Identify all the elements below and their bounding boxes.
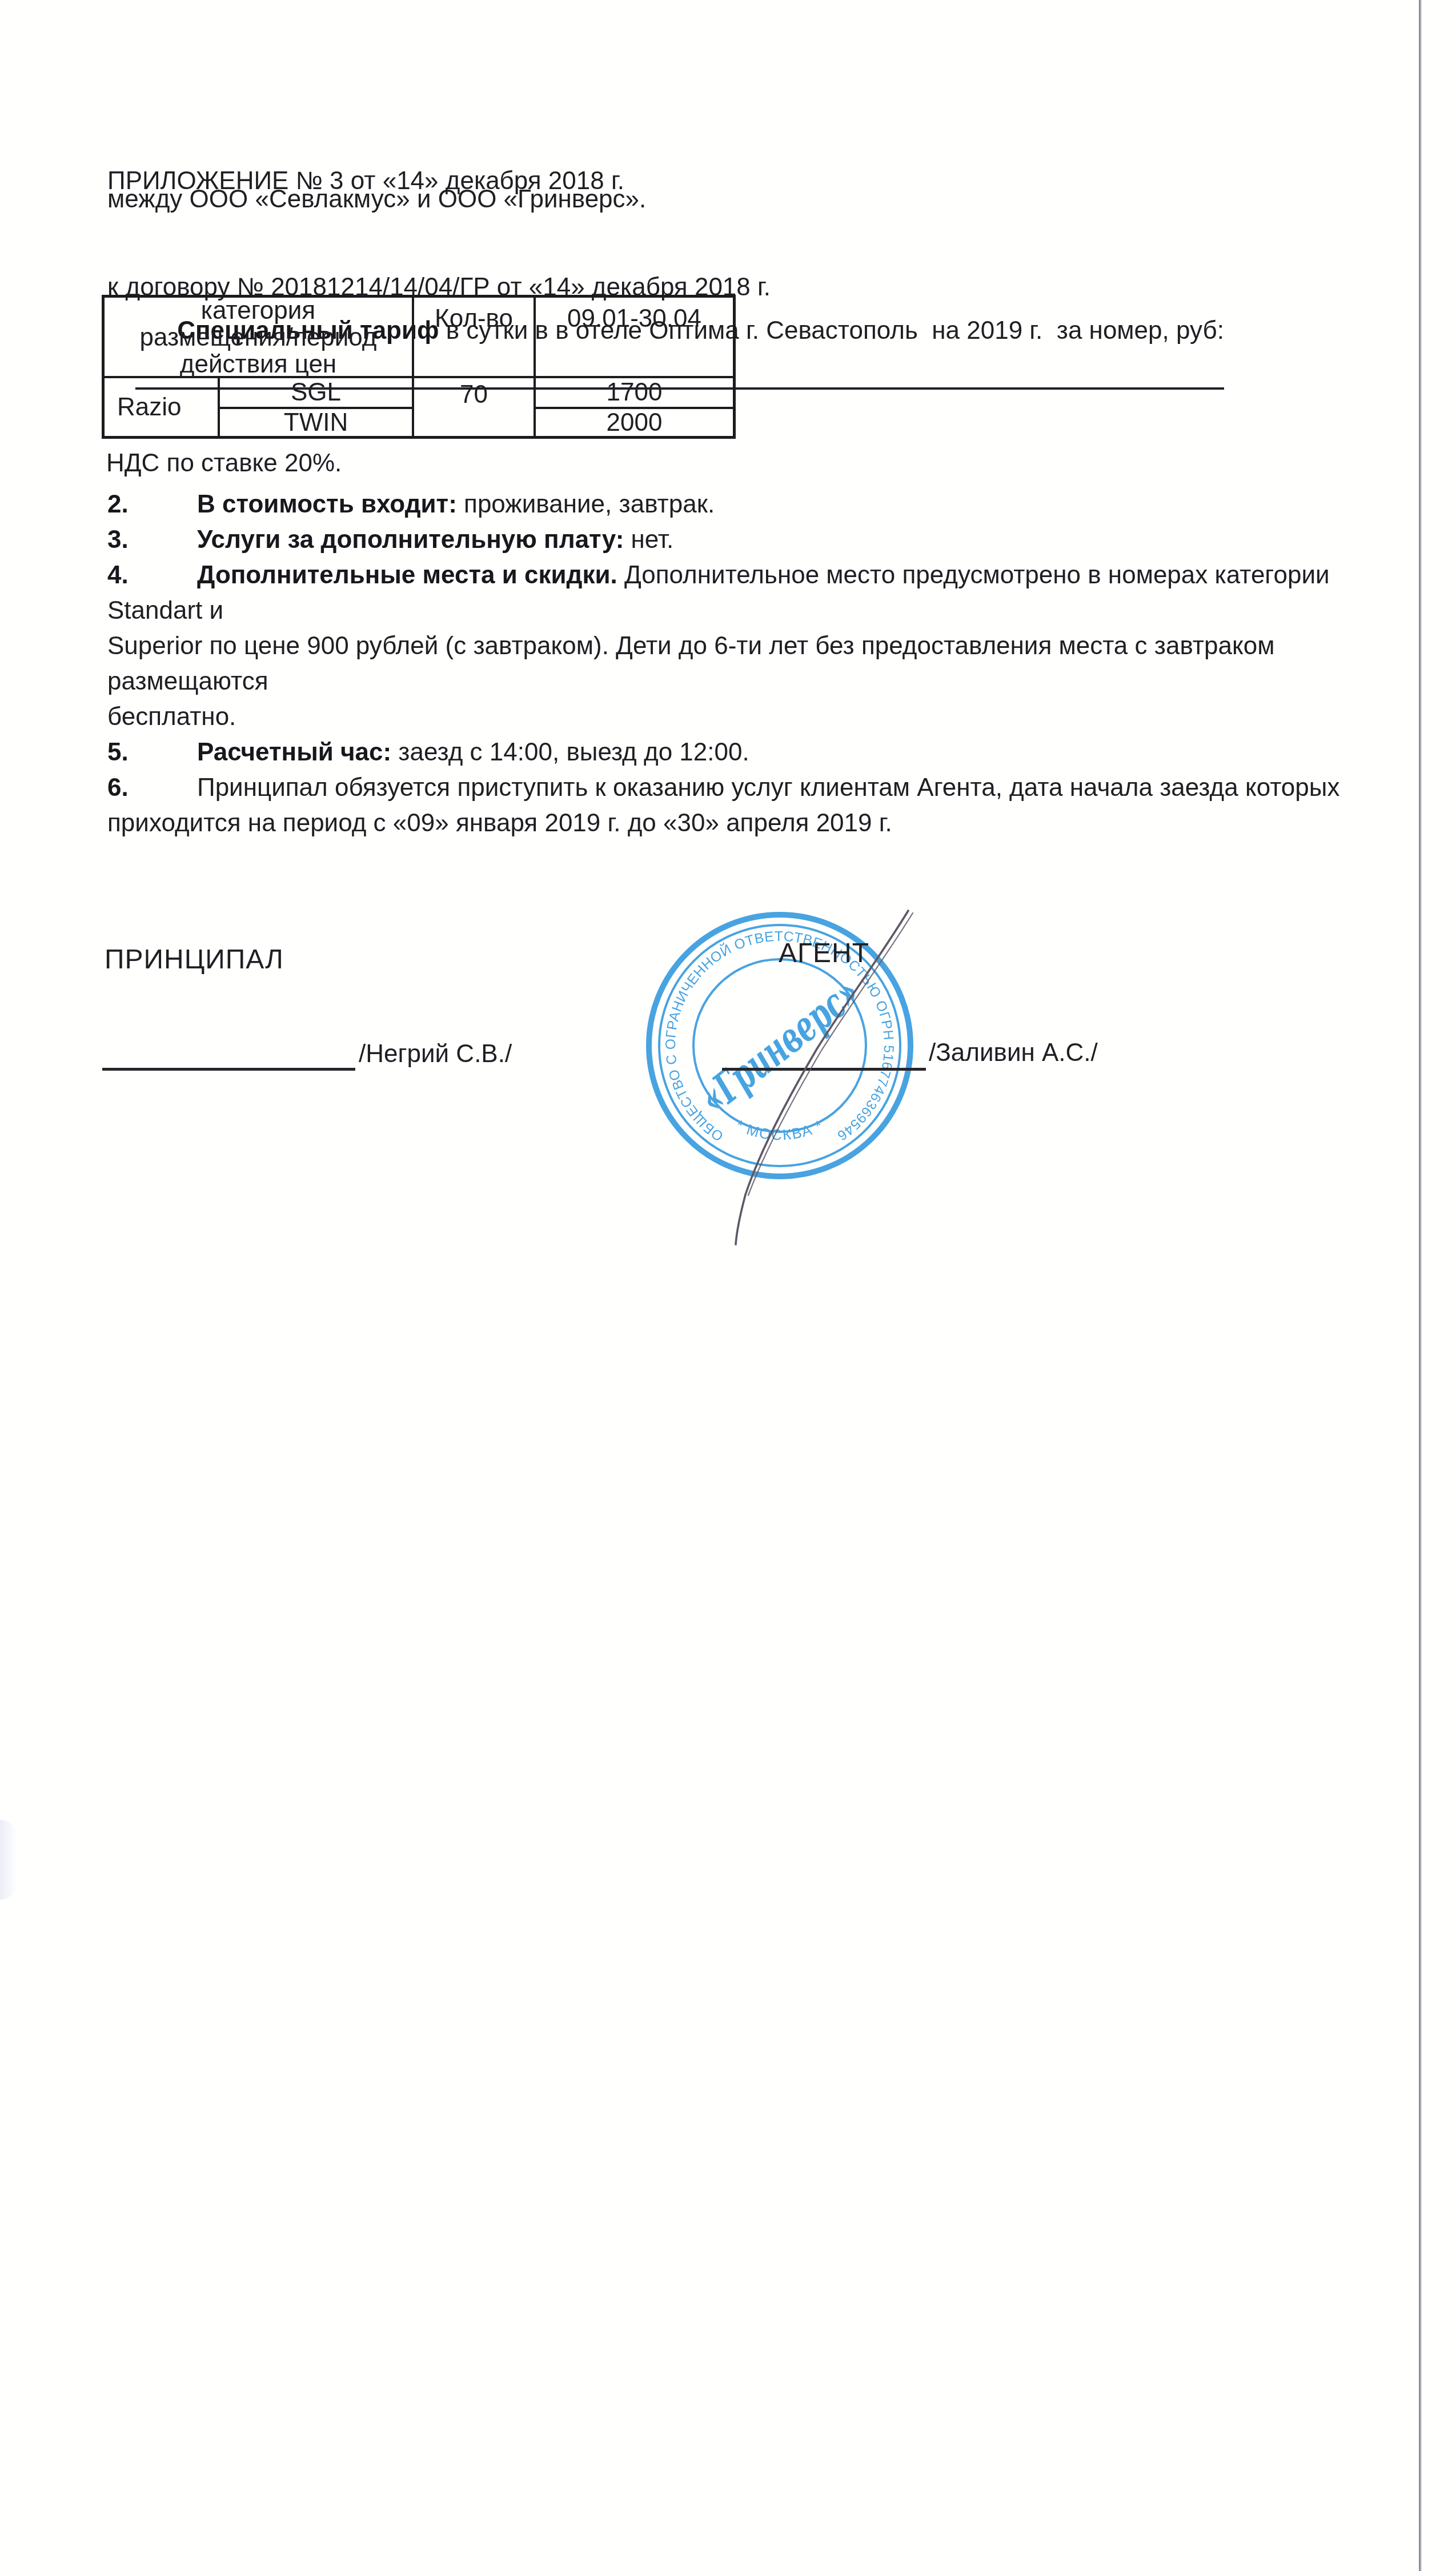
list-item-text: Принципал обязуется приступить к оказани… (197, 774, 1339, 802)
list-item-line: 3.Услуги за дополнительную плату: нет. (107, 522, 1410, 558)
numbered-list: 2.В стоимость входит: проживание, завтра… (107, 487, 1410, 841)
list-item-line: 2.В стоимость входит: проживание, завтра… (107, 487, 1410, 522)
list-item-line: бесплатно. (107, 699, 1410, 735)
list-item-line: 4.Дополнительные места и скидки. Дополни… (107, 558, 1410, 628)
list-item-text: проживание, завтрак. (457, 490, 715, 518)
agent-name: /Заливин А.С./ (929, 1039, 1098, 1067)
list-item-text: приходится на период с «09» января 2019 … (107, 809, 892, 837)
table-group-label: Razio (105, 378, 220, 436)
principal-label: ПРИНЦИПАЛ (105, 944, 284, 975)
list-item-bold-label: В стоимость входит: (197, 490, 457, 518)
scanned-contract-page: ПРИЛОЖЕНИЕ № 3 от «14» декабря 2018 г. к… (0, 0, 1456, 2571)
vat-note: НДС по ставке 20%. (106, 446, 342, 481)
scan-smudge (0, 1820, 17, 1900)
list-item-text: заезд с 14:00, выезд до 12:00. (391, 738, 749, 766)
scan-edge-line-highlight (1421, 0, 1422, 2571)
list-item-number: 6. (107, 770, 197, 806)
list-item-text: нет. (624, 526, 673, 554)
table-cell-price-sgl: 1700 (536, 378, 733, 409)
table-cell-room-type-twin: TWIN (220, 409, 414, 436)
list-item-line: 6.Принципал обязуется приступить к оказа… (107, 770, 1410, 806)
list-item-number: 4. (107, 558, 197, 593)
list-item-number: 5. (107, 735, 197, 770)
table-header-quantity: Кол-во (414, 298, 536, 378)
table-cell-price-twin: 2000 (536, 409, 733, 436)
table-header-category: категория размещения/период действия цен (105, 298, 414, 378)
principal-signature-line (102, 1068, 355, 1071)
pen-signature-stroke (708, 889, 948, 1278)
tariff-table: категория размещения/период действия цен… (102, 295, 736, 439)
principal-name: /Негрий С.В./ (359, 1040, 512, 1068)
list-item-line: 5.Расчетный час: заезд с 14:00, выезд до… (107, 735, 1410, 770)
list-item-bold-label: Услуги за дополнительную плату: (197, 526, 624, 554)
list-item-text: бесплатно. (107, 703, 236, 731)
table-cell-room-type-sgl: SGL (220, 378, 414, 409)
list-item-text: Superior по цене 900 рублей (с завтраком… (107, 632, 1282, 695)
list-item-line: Superior по цене 900 рублей (с завтраком… (107, 628, 1410, 699)
list-item-bold-label: Расчетный час: (197, 738, 391, 766)
parties-line: между ООО «Севлакмус» и ООО «Гринверс». (107, 182, 646, 217)
list-item-line: приходится на период с «09» января 2019 … (107, 806, 1410, 841)
list-item-bold-label: Дополнительные места и скидки. (197, 561, 617, 589)
table-header-period: 09.01-30.04 (536, 298, 733, 378)
table-cell-quantity: 70 (414, 378, 536, 436)
list-item-number: 2. (107, 487, 197, 522)
list-item-number: 3. (107, 522, 197, 558)
